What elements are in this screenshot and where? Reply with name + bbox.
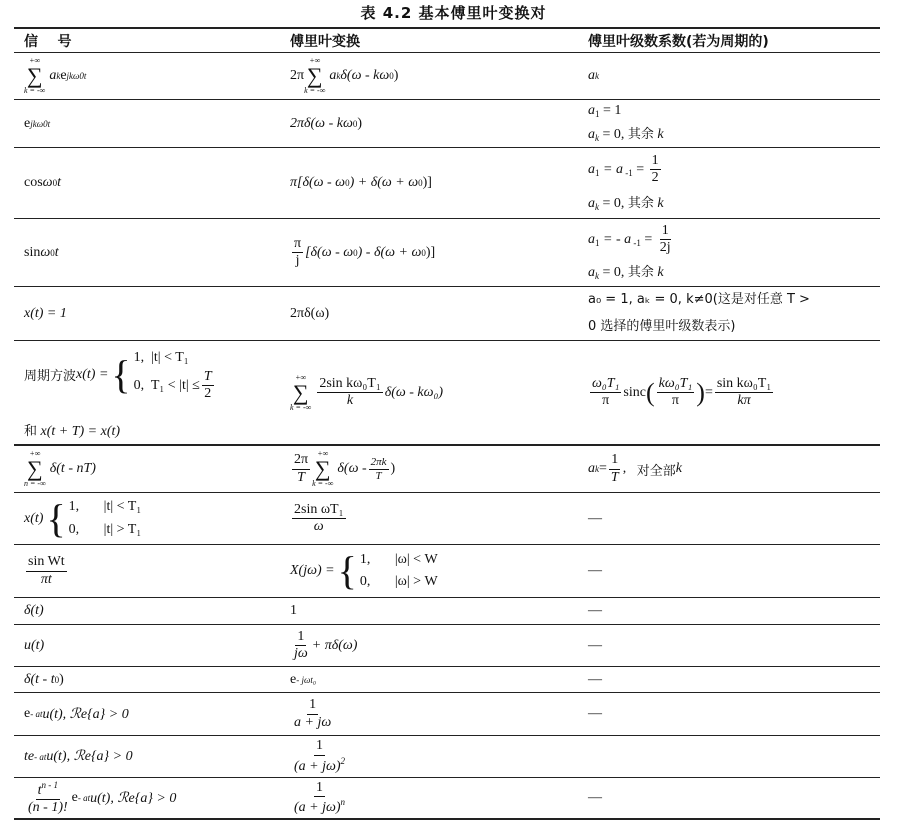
table-row: tn - 1(n - 1)!e - atu(t), ℛe{a} > 0 1(a … [14, 778, 880, 818]
transform-cell: 1(a + jω)n [290, 778, 590, 818]
series-cell: — [588, 598, 878, 624]
table-title: 表 4.2 基本傅里叶变换对 [0, 2, 907, 23]
series-cell: ak = 1T, 对全部 k [588, 446, 878, 492]
signal-cell: sin ω0t [24, 219, 294, 286]
fraction: 2sin kω₀T₁k [317, 376, 382, 409]
signal-cell: tn - 1(n - 1)!e - atu(t), ℛe{a} > 0 [24, 778, 294, 818]
fraction: ω₀T₁π [590, 376, 621, 409]
table-row: x(t){ 1, |t| < T₁ 0, |t| > T₁ 2sin ωT₁ω … [14, 493, 880, 544]
series-cell: — [588, 545, 878, 597]
series-cell: a1 = a -1 = 12 ak = 0, 其余 k [588, 148, 878, 218]
series-cell: ak [588, 53, 878, 99]
fraction: kω₀T₁π [657, 376, 695, 409]
fraction: sin kω₀T₁kπ [715, 376, 773, 409]
series-cell: — [588, 693, 878, 735]
table-row: cos ω0t π[δ(ω - ω0) + δ(ω + ω0)] a1 = a … [14, 148, 880, 218]
series-cell: a1 = - a -1 = 12j ak = 0, 其余 k [588, 219, 878, 286]
signal-cell: 周期方波 x(t) = { 1, |t| < T₁ 0, T₁ < |t| ≤T… [24, 341, 294, 444]
signal-cell: u(t) [24, 625, 294, 666]
fraction: 1a + jω [292, 697, 333, 730]
table-row: te - atu(t), ℛe{a} > 0 1(a + jω)2 [14, 736, 880, 777]
transform-cell: 2sin ωT₁ω [290, 493, 590, 544]
summation: +∞ ∑ k = -∞ [24, 57, 45, 95]
table-row: δ(t - t0) e - jωt₀ — [14, 667, 880, 692]
signal-cell: +∞ ∑ n = -∞ δ(t - nT) [24, 446, 294, 492]
transform-cell: 2πδ(ω) [290, 287, 590, 340]
fraction: πj [292, 236, 303, 269]
fraction: 2πkT [369, 456, 389, 482]
signal-cell: x(t) = 1 [24, 287, 294, 340]
bottom-rule [14, 818, 880, 820]
fraction: sin Wtπt [26, 554, 67, 587]
fraction: 2πT [292, 452, 310, 485]
fraction: 12 [650, 153, 661, 186]
signal-cell: te - atu(t), ℛe{a} > 0 [24, 736, 294, 777]
transform-cell: π[δ(ω - ω0) + δ(ω + ω0)] [290, 148, 590, 218]
signal-cell: sin Wtπt [24, 545, 294, 597]
fraction: 1(a + jω)n [292, 780, 347, 816]
table-row: +∞ ∑ n = -∞ δ(t - nT) 2πT +∞ ∑ k = -∞ δ(… [14, 446, 880, 492]
table-row: x(t) = 1 2πδ(ω) a₀ = 1, aₖ = 0, k≠0(这是对任… [14, 287, 880, 340]
header-series: 傅里叶级数系数(若为周期的) [588, 29, 878, 52]
signal-cell: δ(t - t0) [24, 667, 294, 692]
fraction: 12j [658, 223, 673, 256]
header-row: 信 号 傅里叶变换 傅里叶级数系数(若为周期的) [14, 29, 880, 52]
transform-cell: 2πT +∞ ∑ k = -∞ δ(ω - 2πkT) [290, 446, 590, 492]
summation: +∞ ∑ k = -∞ [304, 57, 325, 95]
summation: +∞ ∑ n = -∞ [24, 450, 46, 488]
series-cell: — [588, 778, 878, 818]
table-row: sin Wtπt X(jω) = { 1, |ω| < W 0, |ω| > W… [14, 545, 880, 597]
series-cell [588, 736, 878, 777]
piecewise-cases: 1, |ω| < W 0, |ω| > W [360, 549, 438, 594]
header-signal: 信 号 [24, 29, 294, 52]
table-row: sin ω0t πj[δ(ω - ω0) - δ(ω + ω0)] a1 = -… [14, 219, 880, 286]
table-row: ejkω0t 2πδ(ω - kω0) a1 = 1 ak = 0, 其余 k [14, 100, 880, 147]
series-cell: — [588, 625, 878, 666]
series-cell: — [588, 667, 878, 692]
transform-cell: 2π +∞ ∑ k = -∞ akδ(ω - kω0) [290, 53, 590, 99]
fraction: T2 [202, 369, 214, 402]
transform-cell: X(jω) = { 1, |ω| < W 0, |ω| > W [290, 545, 590, 597]
transform-cell: πj[δ(ω - ω0) - δ(ω + ω0)] [290, 219, 590, 286]
table-row: e - atu(t), ℛe{a} > 0 1a + jω — [14, 693, 880, 735]
transform-cell: 1 [290, 598, 590, 624]
summation: +∞ ∑ k = -∞ [290, 374, 311, 412]
series-cell: ω₀T₁πsinc(kω₀T₁π) = sin kω₀T₁kπ [588, 341, 878, 444]
signal-cell: x(t){ 1, |t| < T₁ 0, |t| > T₁ [24, 493, 294, 544]
header-transform: 傅里叶变换 [290, 29, 590, 52]
fraction: 1T [609, 452, 621, 485]
fraction: 1(a + jω)2 [292, 738, 347, 774]
fraction: 1jω [292, 629, 310, 662]
transform-cell: +∞ ∑ k = -∞ 2sin kω₀T₁kδ(ω - kω₀) [290, 341, 590, 444]
table-row: u(t) 1jω + πδ(ω) — [14, 625, 880, 666]
series-cell: a1 = 1 ak = 0, 其余 k [588, 100, 878, 147]
transform-cell: 1(a + jω)2 [290, 736, 590, 777]
transform-cell: 1a + jω [290, 693, 590, 735]
signal-cell: ejkω0t [24, 100, 294, 147]
transform-cell: 2πδ(ω - kω0) [290, 100, 590, 147]
table-row: +∞ ∑ k = -∞ akejkω0t 2π +∞ ∑ k = -∞ akδ(… [14, 53, 880, 99]
piecewise-cases: 1, |t| < T₁ 0, |t| > T₁ [69, 496, 142, 541]
summation: +∞ ∑ k = -∞ [312, 450, 333, 488]
piecewise-cases: 1, |t| < T₁ 0, T₁ < |t| ≤T2 [134, 347, 216, 403]
series-cell: a₀ = 1, aₖ = 0, k≠0(这是对任意 T > 0 选择的傅里叶级数… [588, 287, 878, 340]
table-row: δ(t) 1 — [14, 598, 880, 624]
table-row: 周期方波 x(t) = { 1, |t| < T₁ 0, T₁ < |t| ≤T… [14, 341, 880, 444]
transform-cell: 1jω + πδ(ω) [290, 625, 590, 666]
signal-cell: +∞ ∑ k = -∞ akejkω0t [24, 53, 294, 99]
signal-cell: e - atu(t), ℛe{a} > 0 [24, 693, 294, 735]
signal-cell: δ(t) [24, 598, 294, 624]
fraction: tn - 1(n - 1)! [26, 780, 70, 816]
series-cell: — [588, 493, 878, 544]
signal-cell: cos ω0t [24, 148, 294, 218]
transform-cell: e - jωt₀ [290, 667, 590, 692]
fraction: 2sin ωT₁ω [292, 502, 346, 535]
